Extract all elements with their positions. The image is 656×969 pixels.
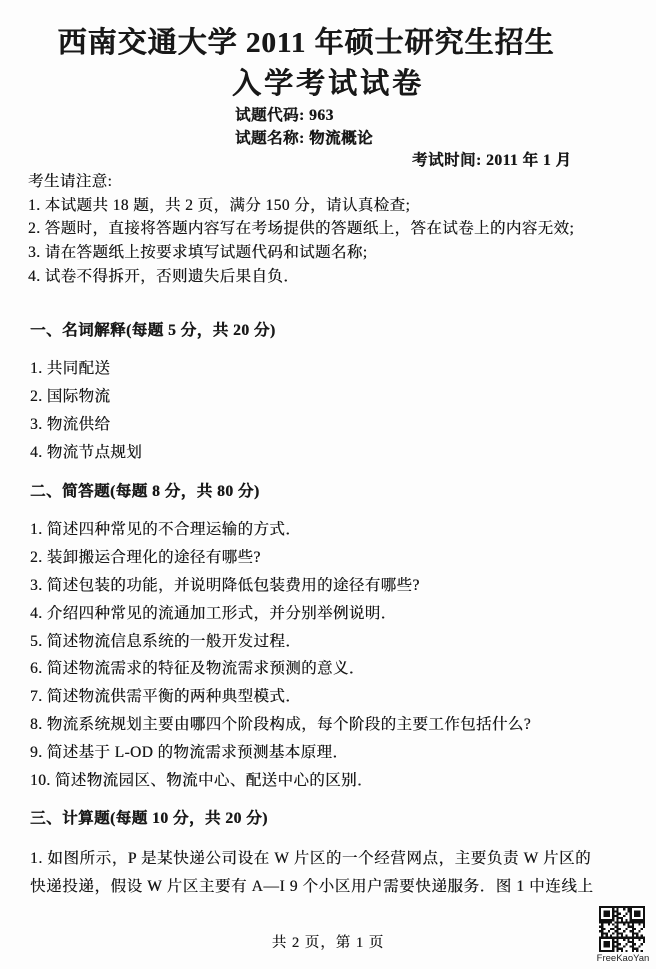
question-item: 1. 简述四种常见的不合理运输的方式．	[30, 517, 531, 545]
page-footer: 共 2 页，第 1 页	[0, 931, 656, 952]
notice-heading: 考生请注意:	[28, 170, 574, 194]
qr-code	[599, 906, 645, 952]
exam-paper-page: { "document": { "title_line1": "西南交通大学 2…	[0, 0, 656, 969]
question-item: 7. 简述物流供需平衡的两种典型模式．	[30, 684, 531, 712]
question-item: 4. 介绍四种常见的流通加工形式，并分别举例说明．	[30, 601, 531, 629]
notice-item: 3. 请在答题纸上按要求填写试题代码和试题名称;	[28, 241, 574, 265]
exam-time: 考试时间: 2011 年 1 月	[412, 148, 572, 170]
paragraph-line: 1. 如图所示，P 是某快递公司设在 W 片区的一个经营网点，主要负责 W 片区…	[30, 845, 594, 873]
section-heading: 二、简答题(每题 8 分，共 80 分)	[30, 479, 531, 517]
notice-block: 考生请注意: 1. 本试题共 18 题，共 2 页，满分 150 分，请认真检查…	[28, 170, 574, 289]
exam-title-line2: 入学考试试卷	[0, 61, 656, 102]
question-item: 3. 物流供给	[30, 412, 276, 440]
exam-title-line1: 西南交通大学 2011 年硕士研究生招生	[0, 20, 634, 61]
paragraph-line: 快递投递，假设 W 片区主要有 A—I 9 个小区用户需要快递服务．图 1 中连…	[30, 873, 594, 901]
exam-code: 试题代码: 963	[235, 103, 334, 125]
question-item: 2. 国际物流	[30, 384, 276, 412]
question-item: 4. 物流节点规划	[30, 440, 276, 468]
question-item: 1. 共同配送	[30, 356, 276, 384]
notice-item: 2. 答题时，直接将答题内容写在考场提供的答题纸上，答在试卷上的内容无效;	[28, 217, 574, 241]
notice-item: 4. 试卷不得拆开，否则遗失后果自负．	[28, 265, 574, 289]
section-calculation: 三、计算题(每题 10 分，共 20 分) 1. 如图所示，P 是某快递公司设在…	[30, 806, 594, 900]
question-item: 3. 简述包装的功能，并说明降低包装费用的途径有哪些?	[30, 573, 531, 601]
question-item: 6. 简述物流需求的特征及物流需求预测的意义．	[30, 656, 531, 684]
question-item: 5. 简述物流信息系统的一般开发过程．	[30, 629, 531, 657]
notice-item: 1. 本试题共 18 题，共 2 页，满分 150 分，请认真检查;	[28, 194, 574, 218]
question-item: 2. 装卸搬运合理化的途径有哪些?	[30, 545, 531, 573]
section-heading: 三、计算题(每题 10 分，共 20 分)	[30, 806, 594, 845]
qr-watermark-label: FreeKaoYan	[592, 953, 654, 964]
question-item: 10. 简述物流园区、物流中心、配送中心的区别．	[30, 768, 531, 796]
exam-name: 试题名称: 物流概论	[235, 126, 373, 148]
section-heading: 一、名词解释(每题 5 分，共 20 分)	[30, 318, 276, 356]
question-item: 9. 简述基于 L-OD 的物流需求预测基本原理．	[30, 740, 531, 768]
question-item: 8. 物流系统规划主要由哪四个阶段构成，每个阶段的主要工作包括什么?	[30, 712, 531, 740]
section-short-answer: 二、简答题(每题 8 分，共 80 分) 1. 简述四种常见的不合理运输的方式．…	[30, 479, 531, 796]
section-terms: 一、名词解释(每题 5 分，共 20 分) 1. 共同配送 2. 国际物流 3.…	[30, 318, 276, 468]
